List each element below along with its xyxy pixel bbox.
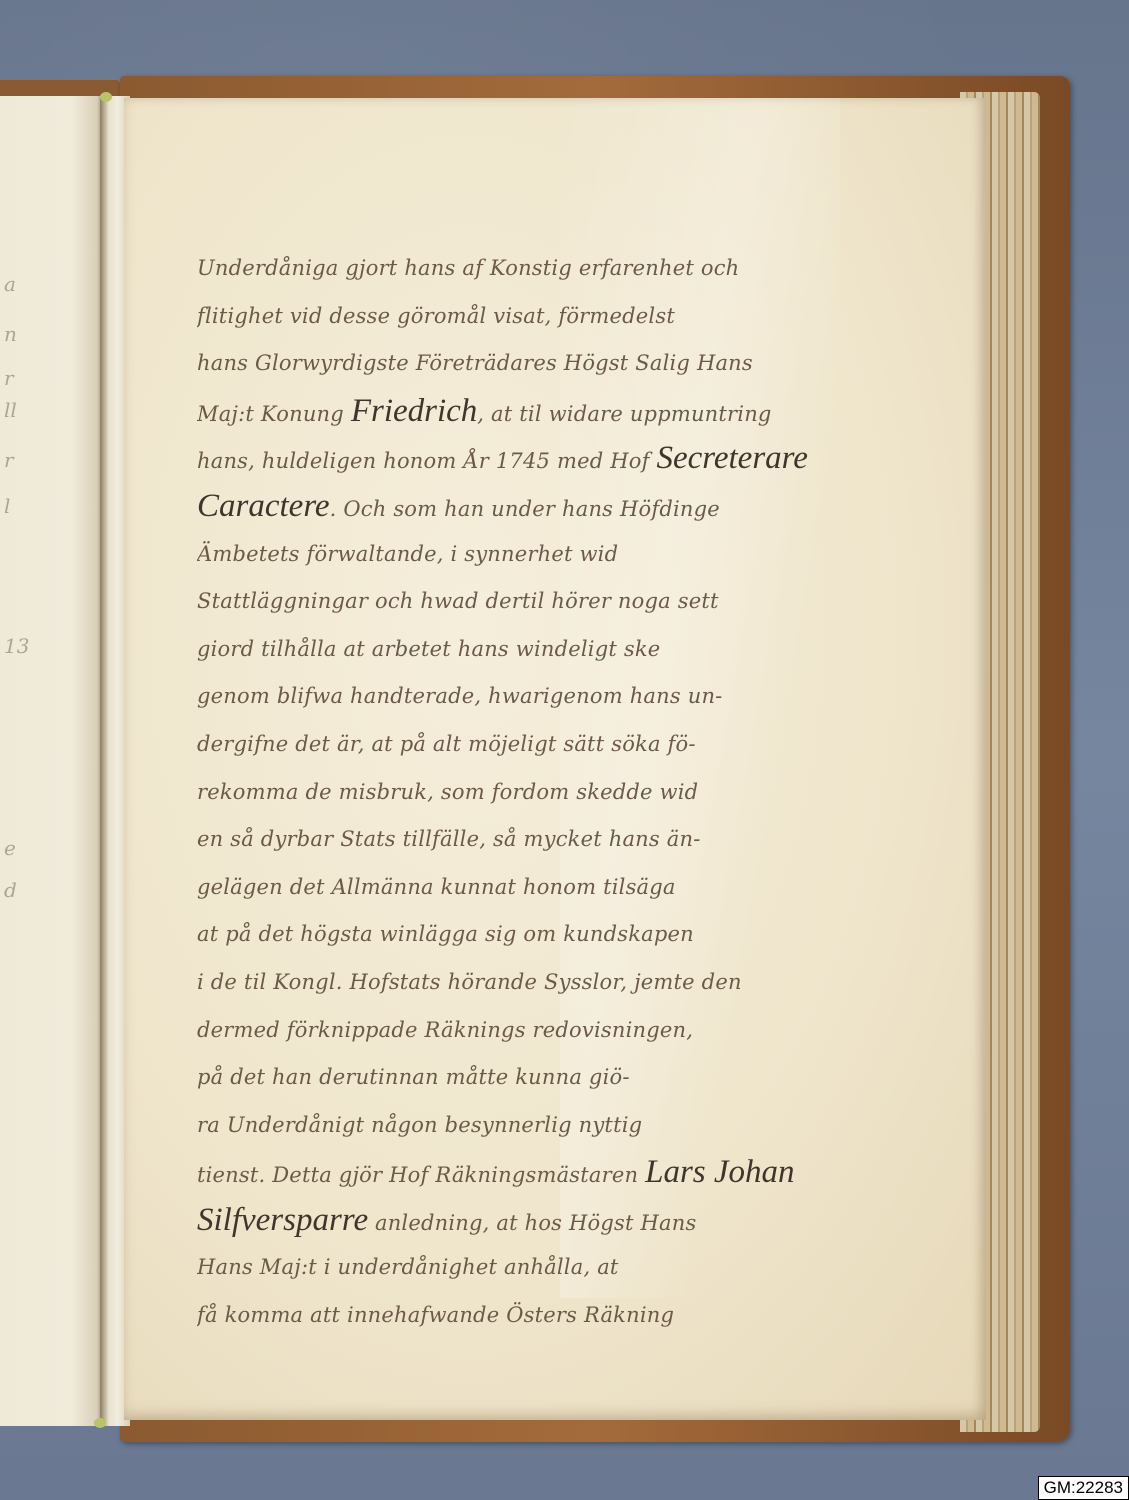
manuscript-line: en så dyrbar Stats tillfälle, så mycket … bbox=[197, 819, 887, 867]
manuscript-line: ra Underdånigt någon besynnerlig nyttig bbox=[197, 1105, 887, 1153]
manuscript-text: Underdåniga gjort hans af Konstig erfare… bbox=[197, 248, 887, 1343]
left-page-mark: e bbox=[4, 836, 16, 860]
left-page-mark: 13 bbox=[4, 634, 29, 658]
binding-thread bbox=[94, 1418, 106, 1428]
manuscript-line: dermed förknippade Räknings redovisninge… bbox=[197, 1010, 887, 1058]
manuscript-line: Stattläggningar och hwad dertil hörer no… bbox=[197, 581, 887, 629]
proper-name: Silfversparre bbox=[197, 1202, 368, 1238]
proper-name: Lars Johan bbox=[645, 1154, 794, 1190]
manuscript-line: i de til Kongl. Hofstats hörande Sysslor… bbox=[197, 962, 887, 1010]
left-page-mark: ll bbox=[4, 398, 17, 422]
left-page-mark: n bbox=[4, 322, 17, 346]
manuscript-line: Ämbetets förwaltande, i synnerhet wid bbox=[197, 534, 887, 582]
manuscript-line: at på det högsta winlägga sig om kundska… bbox=[197, 914, 887, 962]
manuscript-line: hans Glorwyrdigste Företrädares Högst Sa… bbox=[197, 343, 887, 391]
manuscript-line: giord tilhålla at arbetet hans windeligt… bbox=[197, 629, 887, 677]
left-page-mark: a bbox=[4, 272, 16, 296]
proper-name: Friedrich bbox=[351, 393, 477, 429]
proper-name: Secreterare bbox=[656, 440, 807, 476]
manuscript-line: Maj:t Konung Friedrich, at til widare up… bbox=[197, 391, 887, 439]
left-page: a n r ll r l 13 e d bbox=[0, 96, 102, 1426]
manuscript-line: Caractere. Och som han under hans Höfdin… bbox=[197, 486, 887, 534]
binding-thread bbox=[100, 92, 112, 102]
manuscript-line: gelägen det Allmänna kunnat honom tilsäg… bbox=[197, 867, 887, 915]
catalog-label: GM:22283 bbox=[1038, 1476, 1129, 1500]
manuscript-line: flitighet vid desse göromål visat, förme… bbox=[197, 296, 887, 344]
left-page-mark: l bbox=[4, 494, 10, 518]
left-page-mark: d bbox=[4, 878, 17, 902]
manuscript-line: tienst. Detta gjör Hof Räkningsmästaren … bbox=[197, 1152, 887, 1200]
manuscript-line: rekomma de misbruk, som fordom skedde wi… bbox=[197, 772, 887, 820]
proper-name: Caractere bbox=[197, 488, 330, 524]
manuscript-line: Underdåniga gjort hans af Konstig erfare… bbox=[197, 248, 887, 296]
manuscript-line: Silfversparre anledning, at hos Högst Ha… bbox=[197, 1200, 887, 1248]
left-page-mark: r bbox=[4, 448, 14, 472]
left-page-mark: r bbox=[4, 366, 14, 390]
manuscript-line: dergifne det är, at på alt möjeligt sätt… bbox=[197, 724, 887, 772]
manuscript-line: Hans Maj:t i underdånighet anhålla, at bbox=[197, 1247, 887, 1295]
manuscript-line: hans, huldeligen honom År 1745 med Hof S… bbox=[197, 438, 887, 486]
manuscript-line: på det han derutinnan måtte kunna giö- bbox=[197, 1057, 887, 1105]
manuscript-line: genom blifwa handterade, hwarigenom hans… bbox=[197, 676, 887, 724]
manuscript-line: få komma att innehafwande Östers Räkning bbox=[197, 1295, 887, 1343]
